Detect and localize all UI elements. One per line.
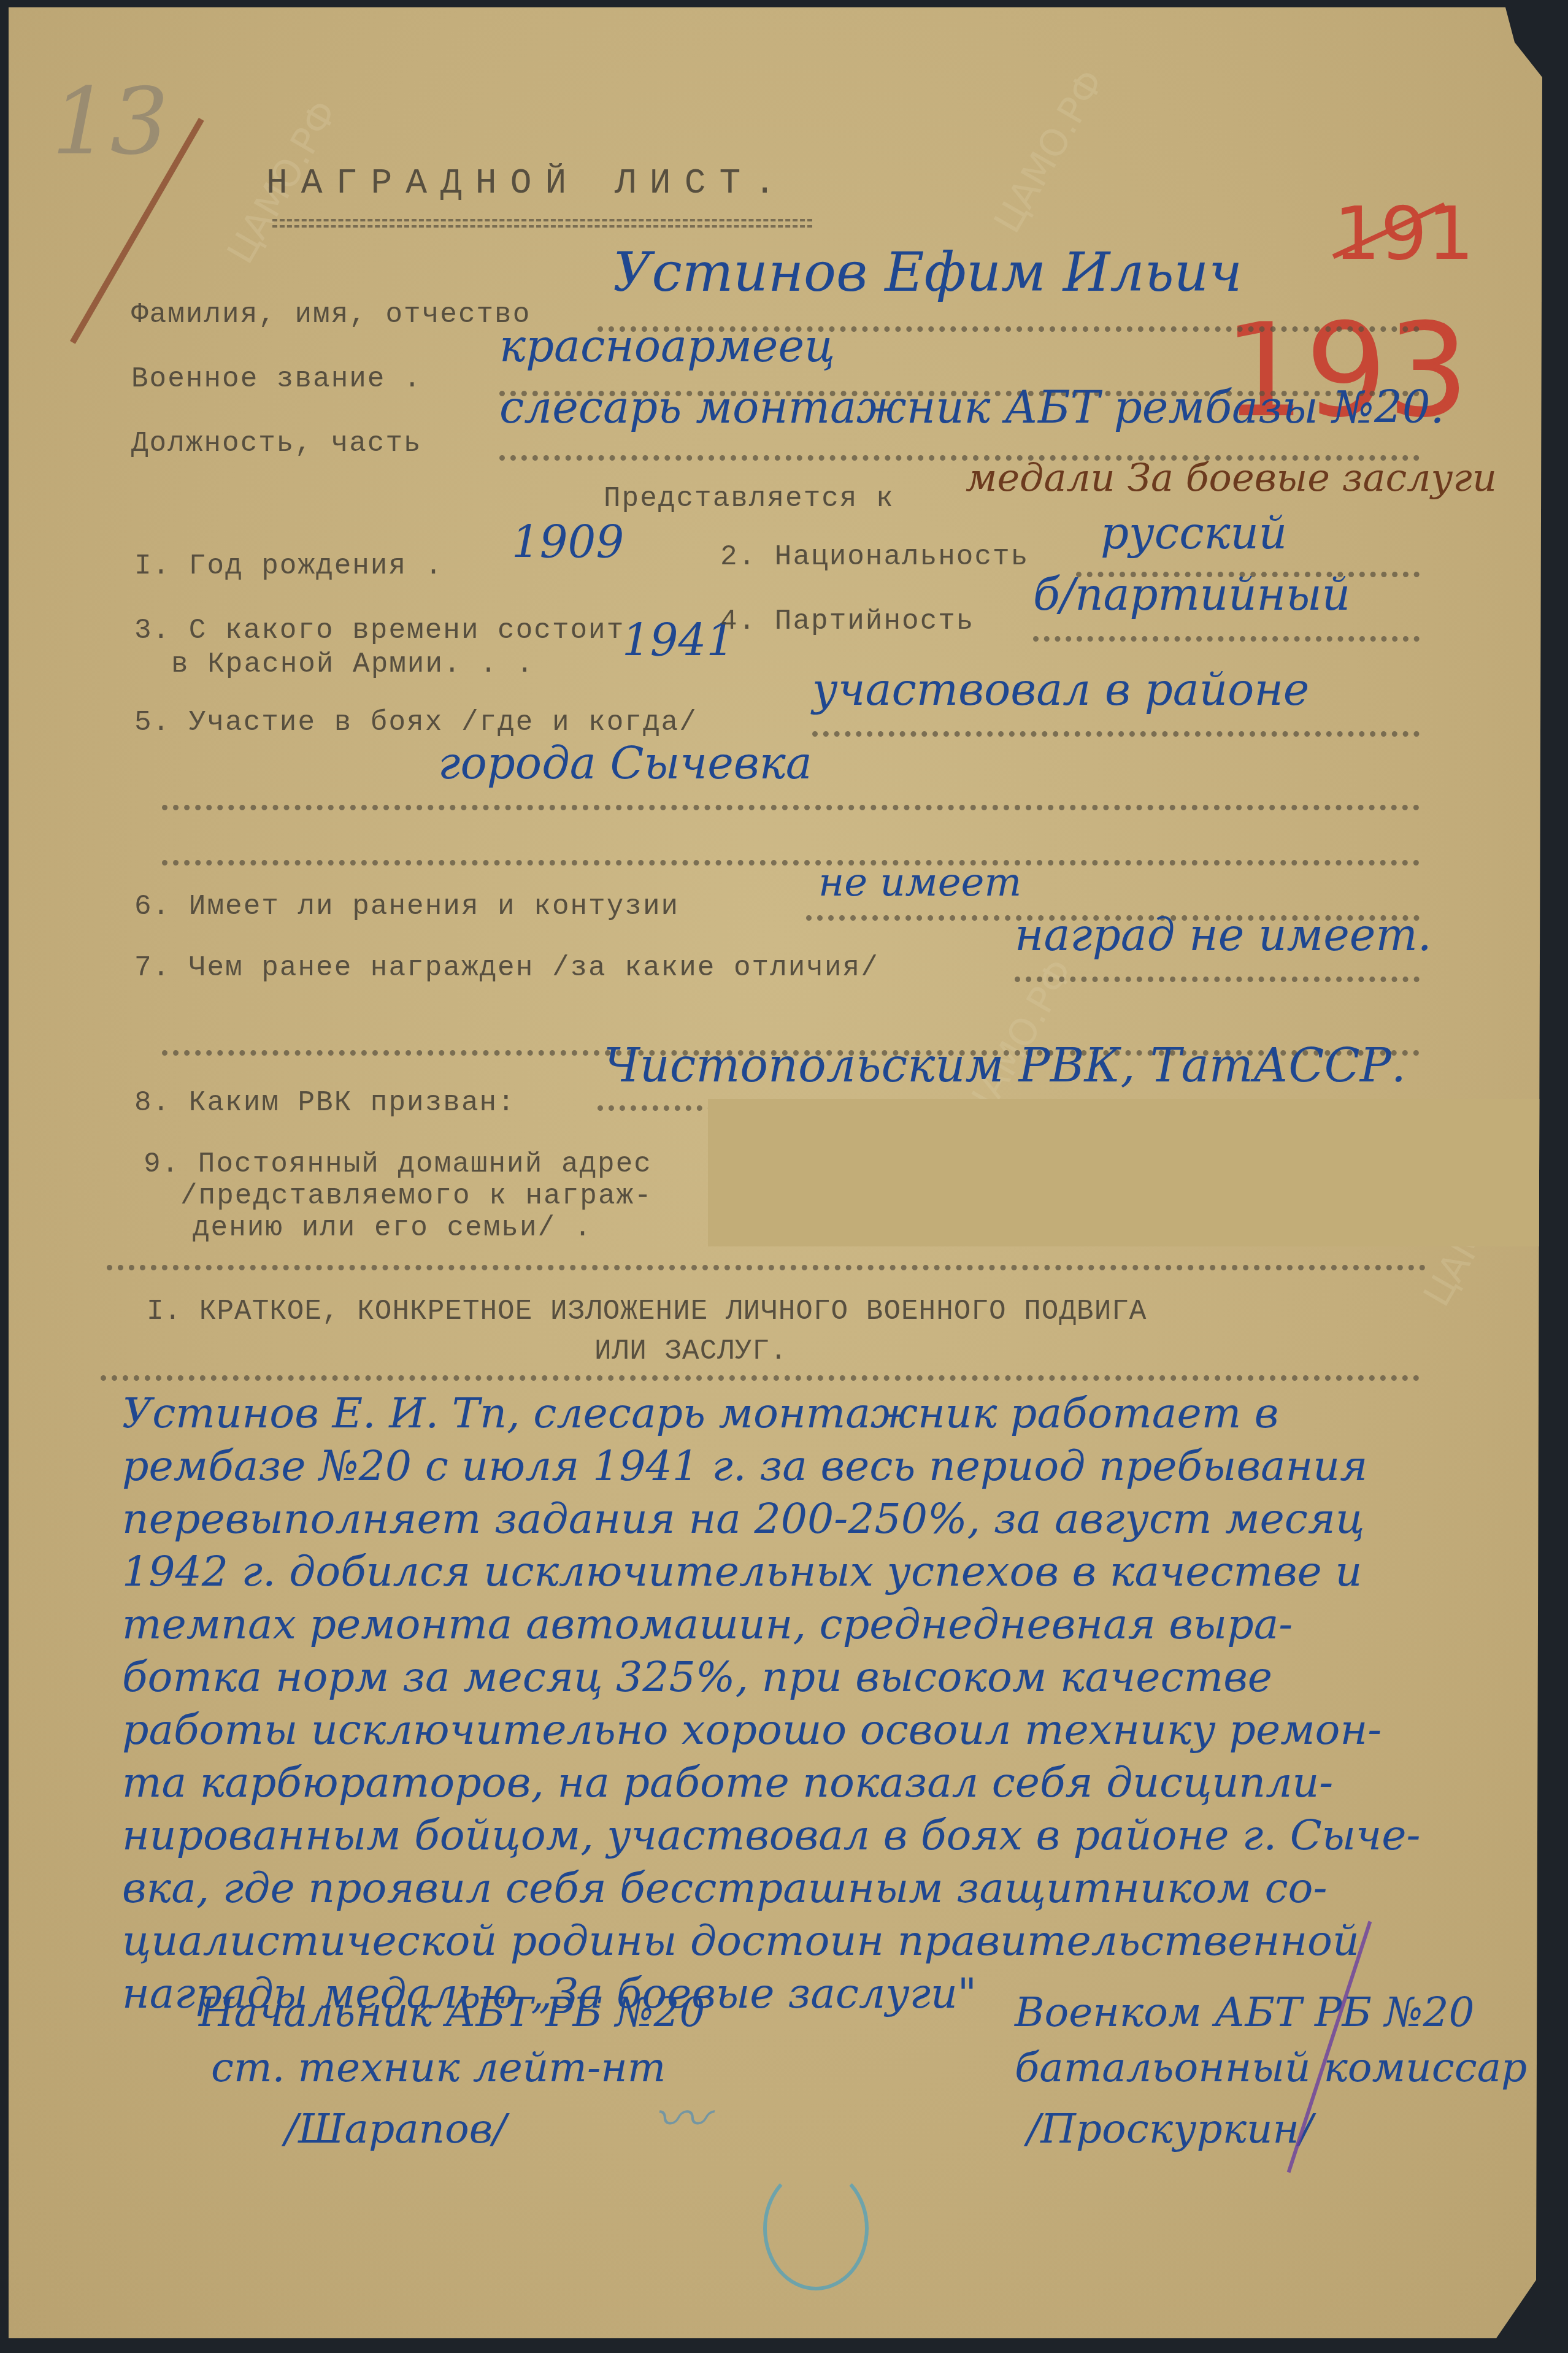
right-signer-name: /Проскуркин/ xyxy=(1027,2105,1313,2152)
name-value: Устинов Ефим Ильич xyxy=(613,240,1242,304)
party-value: б/партийный xyxy=(1033,569,1350,620)
dotted-line xyxy=(812,731,1420,737)
service-since-label-2: в Красной Армии. . . xyxy=(171,648,534,680)
position-label: Должность, часть xyxy=(131,428,422,459)
merit-line: работы исключительно хорошо освоил техни… xyxy=(122,1704,1551,1757)
wounds-label: 6. Имеет ли ранения и контузии xyxy=(134,891,679,923)
left-signer-rank: ст. техник лейт-нт xyxy=(211,2044,666,2091)
rvk-label: 8. Каким РВК призван: xyxy=(134,1087,516,1119)
merit-line: Устинов Е. И. Тп, слесарь монтажник рабо… xyxy=(122,1388,1551,1440)
document-title: НАГРАДНОЙ ЛИСТ. xyxy=(266,164,789,204)
wounds-value: не имеет xyxy=(818,860,1021,905)
section-heading: I. КРАТКОЕ, КОНКРЕТНОЕ ИЗЛОЖЕНИЕ ЛИЧНОГО… xyxy=(147,1295,1147,1327)
dotted-line xyxy=(101,1375,1420,1381)
prior-awards-value: наград не имеет. xyxy=(1015,909,1432,961)
birth-year-label: I. Год рождения . xyxy=(134,550,443,582)
section-heading-2: ИЛИ ЗАСЛУГ. xyxy=(594,1335,788,1367)
merit-line: вка, где проявил себя бесстрашным защитн… xyxy=(122,1862,1551,1915)
merit-line: ботка норм за месяц 325%, при высоком ка… xyxy=(122,1651,1551,1704)
battles-label: 5. Участие в боях /где и когда/ xyxy=(134,707,698,739)
nominated-label: Представляется к xyxy=(604,483,894,515)
dotted-line xyxy=(162,860,1420,866)
left-signer-name: /Шарапов/ xyxy=(285,2105,506,2152)
merit-line: та карбюраторов, на работе показал себя … xyxy=(122,1757,1551,1810)
nationality-label: 2. Национальность xyxy=(720,541,1029,573)
merit-description: Устинов Е. И. Тп, слесарь монтажник рабо… xyxy=(122,1388,1551,2021)
left-signer-title: Начальник АБТ РБ №20 xyxy=(199,1989,705,2036)
address-label-1: 9. Постоянный домашний адрес xyxy=(144,1148,652,1180)
right-signer-title: Военком АБТ РБ №20 xyxy=(1015,1989,1474,2036)
party-label: 4. Партийность xyxy=(720,605,974,637)
merit-line: перевыполняет задания на 200-250%, за ав… xyxy=(122,1493,1551,1546)
dotted-line xyxy=(162,805,1420,810)
stamp-loop xyxy=(763,2167,869,2290)
watermark: ЦАМО.РФ xyxy=(986,63,1113,240)
name-label: Фамилия, имя, отчество xyxy=(131,299,531,331)
right-signer-rank: батальонный комиссар xyxy=(1015,2044,1527,2091)
merit-line: циалистической родины достоин правительс… xyxy=(122,1915,1551,1968)
left-signature: 〰 xyxy=(653,2075,708,2154)
merit-line: 1942 г. добился исключительных успехов в… xyxy=(122,1546,1551,1599)
dotted-line xyxy=(1033,636,1420,642)
nationality-value: русский xyxy=(1101,507,1287,559)
merit-line: темпах ремонта автомашин, среднедневная … xyxy=(122,1599,1551,1651)
service-since-value: 1941 xyxy=(622,615,734,666)
dotted-line xyxy=(107,1265,1426,1270)
merit-line: нированным бойцом, участвовал в боях в р… xyxy=(122,1810,1551,1862)
crossed-out-number: 191 xyxy=(1334,191,1474,277)
battles-value-1: участвовал в районе xyxy=(812,664,1309,715)
dotted-line xyxy=(1015,977,1420,982)
redacted-address xyxy=(708,1099,1542,1246)
service-since-label: 3. С какого времени состоит xyxy=(134,615,625,647)
battles-value-2: города Сычевка xyxy=(438,737,812,789)
rank-label: Военное звание . xyxy=(131,363,422,395)
merit-line: рембазе №20 с июля 1941 г. за весь перио… xyxy=(122,1440,1551,1493)
rank-value: красноармеец xyxy=(499,320,835,372)
address-label-3: дению или его семьи/ . xyxy=(193,1212,592,1244)
birth-year-value: 1909 xyxy=(512,516,624,568)
archive-pencil-number: 13 xyxy=(52,69,169,175)
title-underline xyxy=(272,219,812,228)
prior-awards-label: 7. Чем ранее награжден /за какие отличия… xyxy=(134,952,879,984)
address-label-2: /представляемого к награж- xyxy=(180,1180,653,1212)
rvk-value: Чистопольским РВК, ТатАССР. xyxy=(604,1038,1406,1092)
award-sheet: ЦАМО.РФ ЦАМО.РФ ЦАМО.РФ ЦАМО.РФ 13 НАГРА… xyxy=(9,7,1542,2338)
position-value: слесарь монтажник АБТ рембазы №20. xyxy=(499,382,1444,433)
nominated-value: медали За боевые заслуги xyxy=(966,455,1497,500)
